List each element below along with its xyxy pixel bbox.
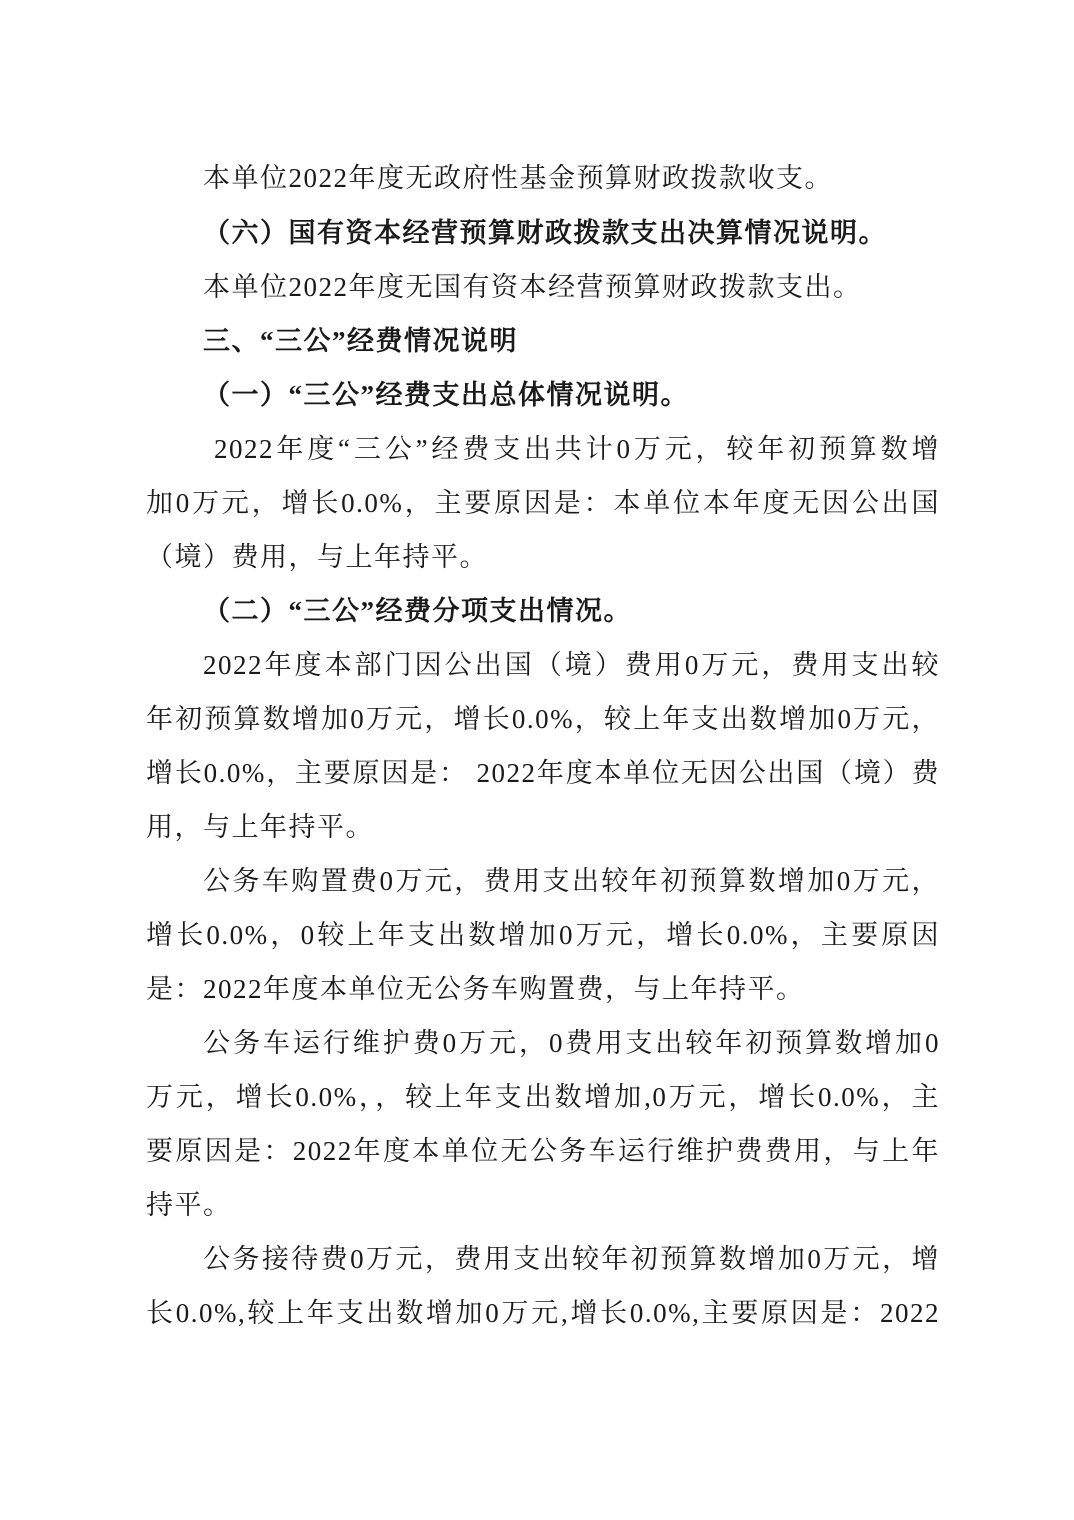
paragraph-line: 增长0.0%，主要原因是： 2022年度本单位无因公出国（境）费 (146, 755, 940, 791)
section-heading: （一）“三公”经费支出总体情况说明。 (203, 377, 940, 413)
paragraph-line: 增长0.0%，0较上年支出数增加0万元，增长0.0%，主要原因 (146, 917, 940, 953)
paragraph-line: 持平。 (146, 1187, 940, 1223)
paragraph-line: 本单位2022年度无政府性基金预算财政拨款收支。 (203, 160, 940, 196)
section-heading: （六）国有资本经营预算财政拨款支出决算情况说明。 (203, 215, 940, 251)
paragraph-line: 加0万元，增长0.0%，主要原因是：本单位本年度无因公出国 (146, 485, 940, 521)
section-heading: （二）“三公”经费分项支出情况。 (203, 593, 940, 629)
paragraph-line: 万元，增长0.0%，，较上年支出数增加,0万元，增长0.0%，主 (146, 1079, 940, 1115)
paragraph-line: 本单位2022年度无国有资本经营预算财政拨款支出。 (203, 269, 940, 305)
section-heading: 三、“三公”经费情况说明 (203, 323, 940, 359)
paragraph-line: 长0.0%,较上年支出数增加0万元,增长0.0%,主要原因是：2022 (146, 1295, 940, 1331)
paragraph-line: 公务车购置费0万元，费用支出较年初预算数增加0万元， (203, 863, 940, 899)
paragraph-line: 2022年度本部门因公出国（境）费用0万元，费用支出较 (203, 647, 940, 683)
paragraph-line: 是：2022年度本单位无公务车购置费，与上年持平。 (146, 971, 940, 1007)
paragraph-line: （境）费用，与上年持平。 (146, 539, 940, 575)
paragraph-line: 公务接待费0万元，费用支出较年初预算数增加0万元，增 (203, 1241, 940, 1277)
paragraph-line: 年初预算数增加0万元，增长0.0%，较上年支出数增加0万元， (146, 701, 940, 737)
paragraph-line: 公务车运行维护费0万元，0费用支出较年初预算数增加0 (203, 1025, 940, 1061)
paragraph-line: 用，与上年持平。 (146, 809, 940, 845)
paragraph-line: 2022年度“三公”经费支出共计0万元，较年初预算数增 (214, 431, 940, 467)
paragraph-line: 要原因是：2022年度本单位无公务车运行维护费费用，与上年 (146, 1133, 940, 1169)
